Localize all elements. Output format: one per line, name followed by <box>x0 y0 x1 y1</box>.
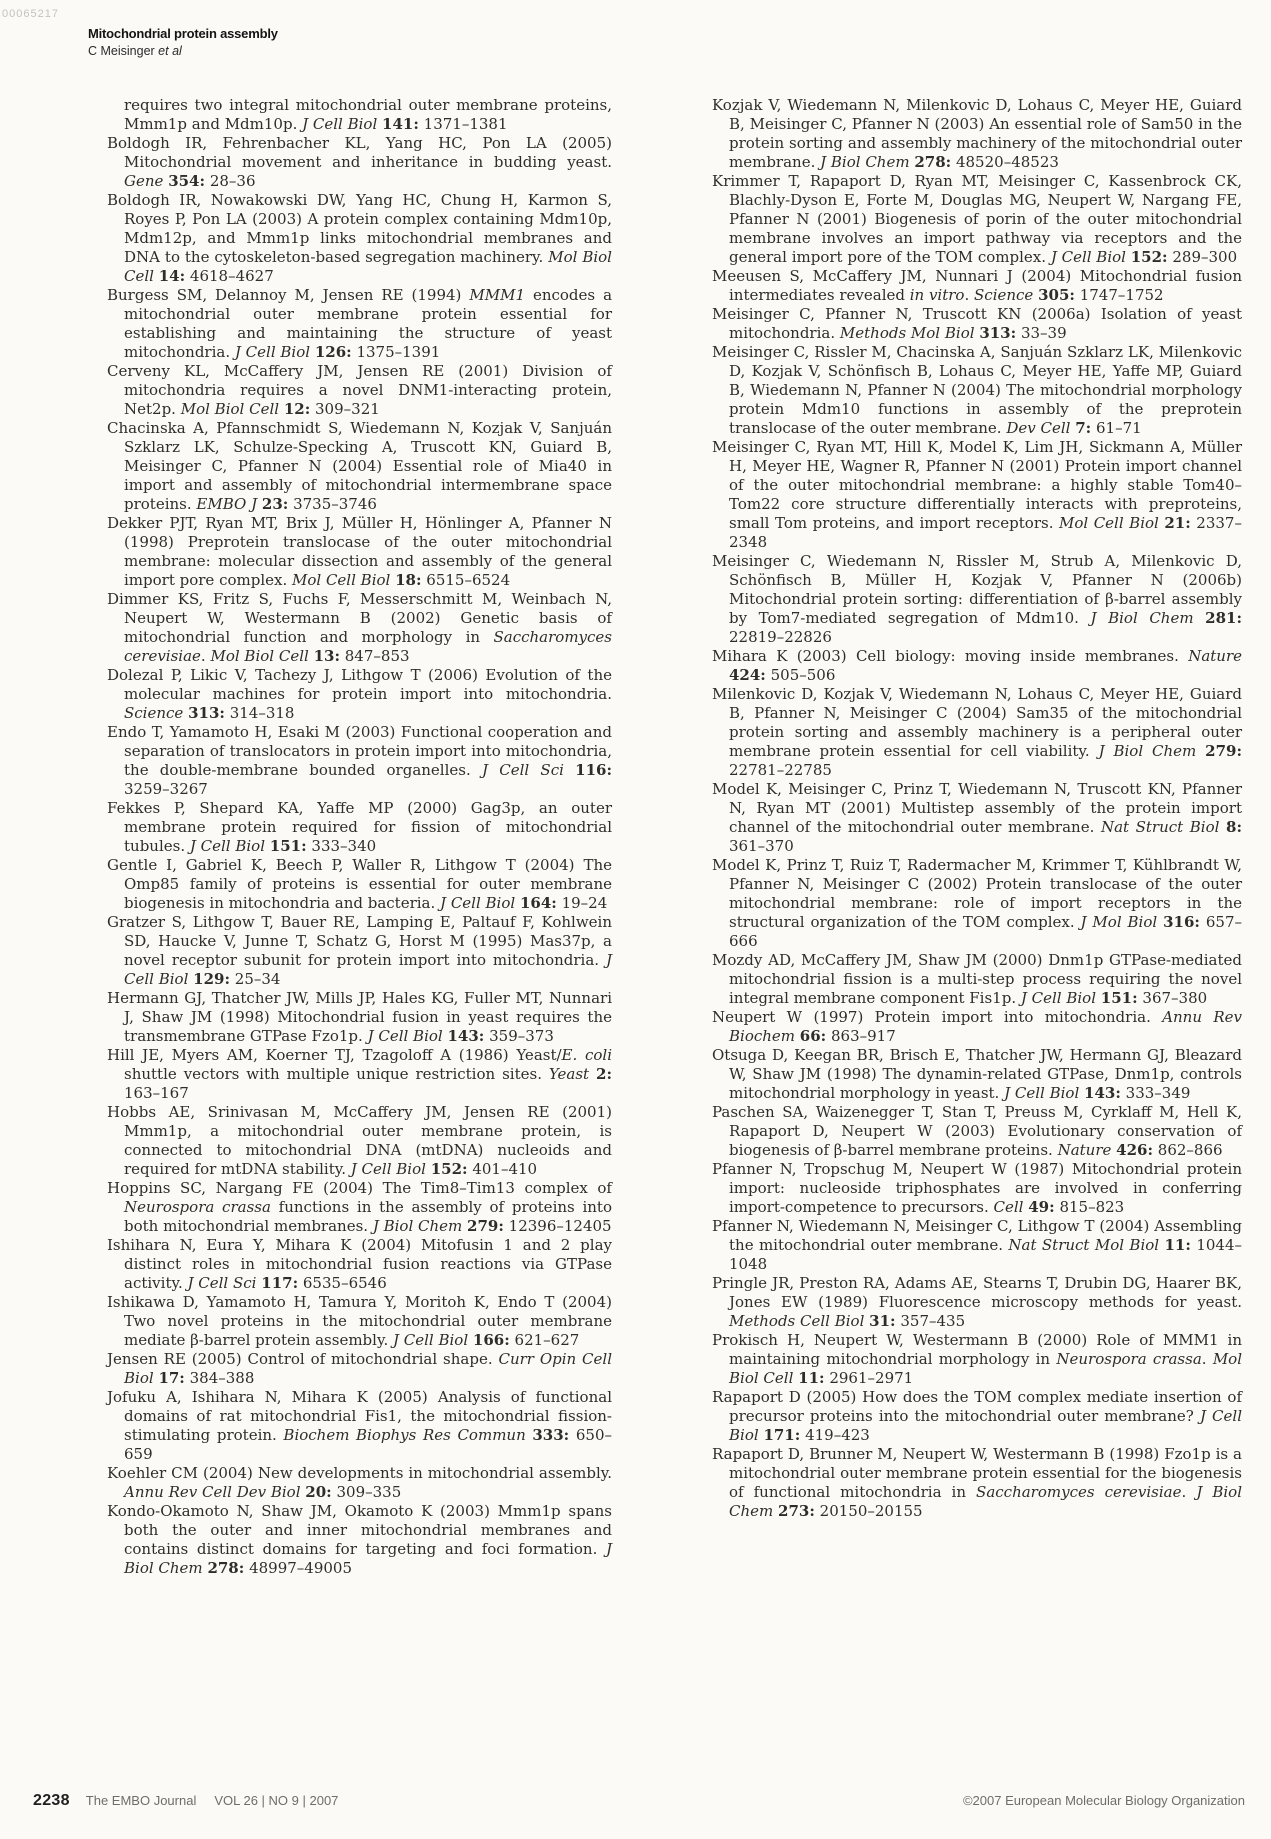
running-head-etal: et al <box>158 44 182 58</box>
reference-item: Boldogh IR, Fehrenbacher KL, Yang HC, Po… <box>107 134 612 191</box>
reference-item: Rapaport D, Brunner M, Neupert W, Wester… <box>712 1445 1242 1521</box>
reference-item: Meeusen S, McCaffery JM, Nunnari J (2004… <box>712 267 1242 305</box>
reference-item: Dimmer KS, Fritz S, Fuchs F, Messerschmi… <box>107 590 612 666</box>
running-head-authors: C Meisinger et al <box>88 44 278 58</box>
reference-item: Boldogh IR, Nowakowski DW, Yang HC, Chun… <box>107 191 612 286</box>
reference-item: Gratzer S, Lithgow T, Bauer RE, Lamping … <box>107 913 612 989</box>
reference-item: Endo T, Yamamoto H, Esaki M (2003) Funct… <box>107 723 612 799</box>
reference-item: Koehler CM (2004) New developments in mi… <box>107 1464 612 1502</box>
scan-number: 00065217 <box>2 8 59 20</box>
page-footer: 2238 The EMBO Journal VOL 26 | NO 9 | 20… <box>33 1792 1245 1810</box>
reference-item: Mozdy AD, McCaffery JM, Shaw JM (2000) D… <box>712 951 1242 1008</box>
reference-item: Neupert W (1997) Protein import into mit… <box>712 1008 1242 1046</box>
reference-item: Pringle JR, Preston RA, Adams AE, Stearn… <box>712 1274 1242 1331</box>
reference-item: Dekker PJT, Ryan MT, Brix J, Müller H, H… <box>107 514 612 590</box>
reference-item: Krimmer T, Rapaport D, Ryan MT, Meisinge… <box>712 172 1242 267</box>
page-number: 2238 <box>33 1792 70 1810</box>
running-head-title: Mitochondrial protein assembly <box>88 26 278 41</box>
reference-item: Hill JE, Myers AM, Koerner TJ, Tzagoloff… <box>107 1046 612 1103</box>
reference-item: Cerveny KL, McCaffery JM, Jensen RE (200… <box>107 362 612 419</box>
reference-item: Kondo-Okamoto N, Shaw JM, Okamoto K (200… <box>107 1502 612 1578</box>
running-head: Mitochondrial protein assembly C Meising… <box>88 26 278 58</box>
reference-item: Ishikawa D, Yamamoto H, Tamura Y, Morito… <box>107 1293 612 1350</box>
reference-item: Pfanner N, Tropschug M, Neupert W (1987)… <box>712 1160 1242 1217</box>
reference-item: Dolezal P, Likic V, Tachezy J, Lithgow T… <box>107 666 612 723</box>
references-column-left: requires two integral mitochondrial oute… <box>107 96 612 1578</box>
reference-item: Jensen RE (2005) Control of mitochondria… <box>107 1350 612 1388</box>
reference-item: Gentle I, Gabriel K, Beech P, Waller R, … <box>107 856 612 913</box>
reference-item: Ishihara N, Eura Y, Mihara K (2004) Mito… <box>107 1236 612 1293</box>
reference-item: Milenkovic D, Kozjak V, Wiedemann N, Loh… <box>712 685 1242 780</box>
reference-item: Meisinger C, Rissler M, Chacinska A, San… <box>712 343 1242 438</box>
reference-item: Otsuga D, Keegan BR, Brisch E, Thatcher … <box>712 1046 1242 1103</box>
reference-item: Chacinska A, Pfannschmidt S, Wiedemann N… <box>107 419 612 514</box>
reference-item: Mihara K (2003) Cell biology: moving ins… <box>712 647 1242 685</box>
reference-item: Hermann GJ, Thatcher JW, Mills JP, Hales… <box>107 989 612 1046</box>
reference-item: Fekkes P, Shepard KA, Yaffe MP (2000) Ga… <box>107 799 612 856</box>
reference-item: Paschen SA, Waizenegger T, Stan T, Preus… <box>712 1103 1242 1160</box>
running-head-author-name: C Meisinger <box>88 44 158 58</box>
references-column-right: Kozjak V, Wiedemann N, Milenkovic D, Loh… <box>712 96 1242 1578</box>
reference-item: Jofuku A, Ishihara N, Mihara K (2005) An… <box>107 1388 612 1464</box>
reference-item: Pfanner N, Wiedemann N, Meisinger C, Lit… <box>712 1217 1242 1274</box>
reference-item: Meisinger C, Ryan MT, Hill K, Model K, L… <box>712 438 1242 552</box>
copyright-notice: ©2007 European Molecular Biology Organiz… <box>963 1793 1245 1808</box>
reference-item: Prokisch H, Neupert W, Westermann B (200… <box>712 1331 1242 1388</box>
reference-item: Meisinger C, Pfanner N, Truscott KN (200… <box>712 305 1242 343</box>
reference-item: Burgess SM, Delannoy M, Jensen RE (1994)… <box>107 286 612 362</box>
reference-item: Hobbs AE, Srinivasan M, McCaffery JM, Je… <box>107 1103 612 1179</box>
reference-item: Rapaport D (2005) How does the TOM compl… <box>712 1388 1242 1445</box>
references-section: requires two integral mitochondrial oute… <box>107 96 1242 1578</box>
reference-item: Model K, Prinz T, Ruiz T, Radermacher M,… <box>712 856 1242 951</box>
reference-item: Model K, Meisinger C, Prinz T, Wiedemann… <box>712 780 1242 856</box>
reference-item: requires two integral mitochondrial oute… <box>107 96 612 134</box>
reference-item: Meisinger C, Wiedemann N, Rissler M, Str… <box>712 552 1242 647</box>
issue-info: VOL 26 | NO 9 | 2007 <box>214 1793 338 1808</box>
reference-item: Hoppins SC, Nargang FE (2004) The Tim8–T… <box>107 1179 612 1236</box>
journal-page: 00065217 Mitochondrial protein assembly … <box>0 0 1271 1839</box>
reference-item: Kozjak V, Wiedemann N, Milenkovic D, Loh… <box>712 96 1242 172</box>
journal-name: The EMBO Journal <box>86 1793 197 1808</box>
footer-left: 2238 The EMBO Journal VOL 26 | NO 9 | 20… <box>33 1792 338 1810</box>
